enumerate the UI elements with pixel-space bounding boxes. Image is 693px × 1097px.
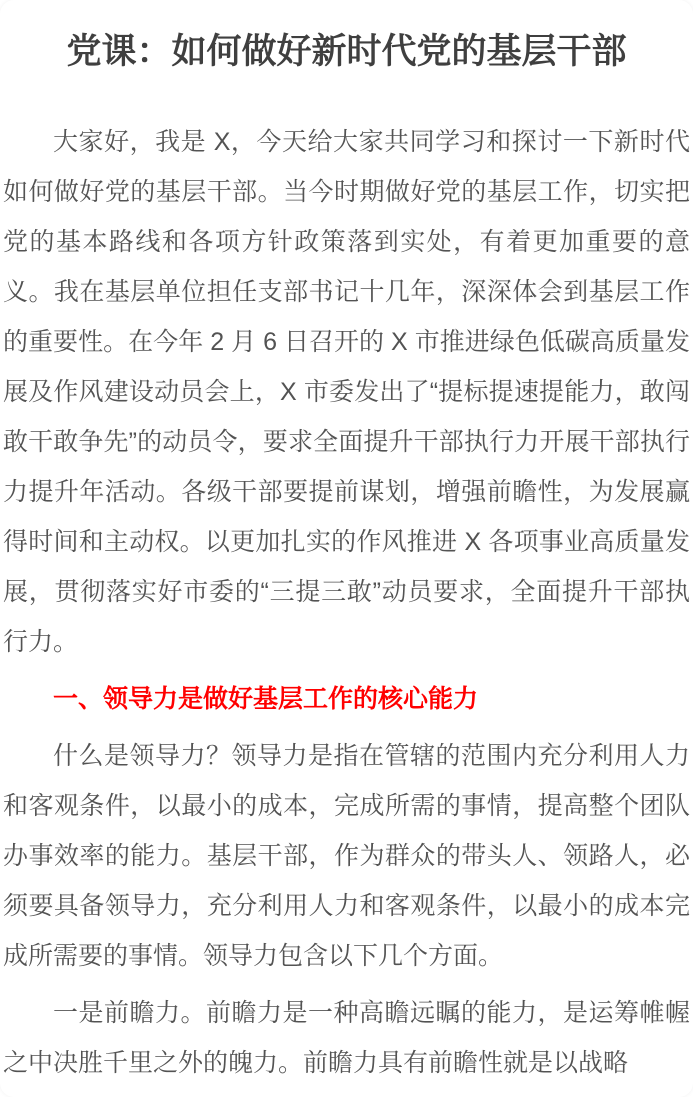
- article-paragraph: 什么是领导力？领导力是指在管辖的范围内充分利用人力和客观条件，以最小的成本，完成…: [3, 731, 690, 981]
- article-body: 大家好，我是 X，今天给大家共同学习和探讨一下新时代如何做好党的基层干部。当今时…: [3, 117, 690, 1088]
- article-paragraph: 大家好，我是 X，今天给大家共同学习和探讨一下新时代如何做好党的基层干部。当今时…: [3, 117, 690, 667]
- page-title: 党课：如何做好新时代党的基层干部: [15, 28, 678, 76]
- section-heading: 一、领导力是做好基层工作的核心能力: [3, 674, 690, 724]
- document-page: 党课：如何做好新时代党的基层干部 大家好，我是 X，今天给大家共同学习和探讨一下…: [0, 0, 693, 1097]
- article-paragraph: 一是前瞻力。前瞻力是一种高瞻远瞩的能力，是运筹帷幄之中决胜千里之外的魄力。前瞻力…: [3, 988, 690, 1088]
